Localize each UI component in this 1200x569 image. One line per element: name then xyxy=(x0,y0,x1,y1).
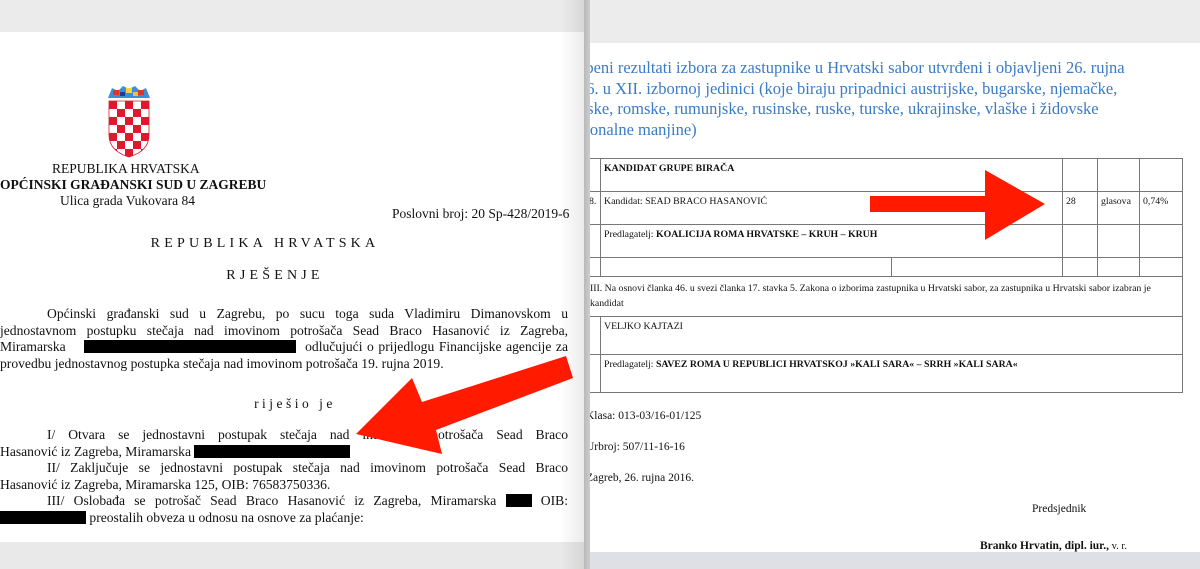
right-toolbar-area xyxy=(588,0,1200,44)
right-page-gutter xyxy=(588,552,1200,569)
redaction-bar xyxy=(0,511,86,524)
title-document: RJEŠENJE xyxy=(0,268,570,284)
court-ruling-document: REPUBLIKA HRVATSKA OPĆINSKI GRAĐANSKI SU… xyxy=(0,32,590,542)
header-republic: REPUBLIKA HRVATSKA xyxy=(52,161,200,177)
signature-name: Branko Hrvatin, dipl. iur., v. r. xyxy=(980,540,1127,552)
urbroj: Urbroj: 507/11-16-16 xyxy=(588,441,685,453)
title-country: REPUBLIKA HRVATSKA xyxy=(0,236,560,252)
election-results-document: žbeni rezultati izbora za zastupnike u H… xyxy=(588,43,1200,552)
klasa: Klasa: 013-03/16-01/125 xyxy=(588,410,701,422)
elected-proposer: Predlagatelj: SAVEZ ROMA U REPUBLICI HRV… xyxy=(601,355,1183,393)
results-table: KANDIDAT GRUPE BIRAČA 8. Kandidat: SEAD … xyxy=(588,158,1183,393)
header-court-name: OPĆINSKI GRAĐANSKI SUD U ZAGREBU xyxy=(0,177,266,193)
left-page-gutter xyxy=(0,542,590,569)
table-row: III. Na osnovi članka 46. u svezi članka… xyxy=(588,277,1183,317)
candidate-cell: Kandidat: SEAD BRACO HASANOVIĆ xyxy=(601,192,1063,225)
ruling-heading: riješio je xyxy=(0,396,590,412)
page-edge xyxy=(584,0,590,569)
header-address: Ulica grada Vukovara 84 xyxy=(60,193,195,209)
table-row: VELJKO KAJTAZI xyxy=(588,317,1183,355)
table-row: Predlagatelj: SAVEZ ROMA U REPUBLICI HRV… xyxy=(588,355,1183,393)
table-row: KANDIDAT GRUPE BIRAČA xyxy=(588,159,1183,192)
votes-count: 28 xyxy=(1063,192,1098,225)
place-date: Zagreb, 26. rujna 2016. xyxy=(588,472,694,484)
vote-percent: 0,74% xyxy=(1140,192,1183,225)
coat-of-arms-icon xyxy=(104,84,154,159)
intro-paragraph: Općinski građanski sud u Zagrebu, po suc… xyxy=(0,306,568,372)
redaction-bar xyxy=(194,445,350,458)
item-2: II/ Zaključuje se jednostavni postupak s… xyxy=(47,460,568,475)
redaction-bar xyxy=(506,494,532,507)
table-row xyxy=(588,258,1183,277)
redaction-bar xyxy=(84,340,296,353)
table-row: Predlagatelj: KOALICIJA ROMA HRVATSKE – … xyxy=(588,225,1183,258)
table-row: 8. Kandidat: SEAD BRACO HASANOVIĆ 28 gla… xyxy=(588,192,1183,225)
document-title: žbeni rezultati izbora za zastupnike u H… xyxy=(588,58,1200,140)
signature-title: Predsjednik xyxy=(1032,503,1086,515)
proposer-cell: Predlagatelj: KOALICIJA ROMA HRVATSKE – … xyxy=(601,225,1063,258)
elected-name: VELJKO KAJTAZI xyxy=(601,317,1183,355)
ruling-items: I/ Otvara se jednostavni postupak stečaj… xyxy=(0,427,568,526)
item-3: III/ Oslobađa se potrošač Sead Braco Has… xyxy=(47,493,496,508)
case-number: Poslovni broj: 20 Sp-428/2019-6 xyxy=(392,206,569,222)
item-1: I/ Otvara se jednostavni postupak stečaj… xyxy=(47,427,568,442)
